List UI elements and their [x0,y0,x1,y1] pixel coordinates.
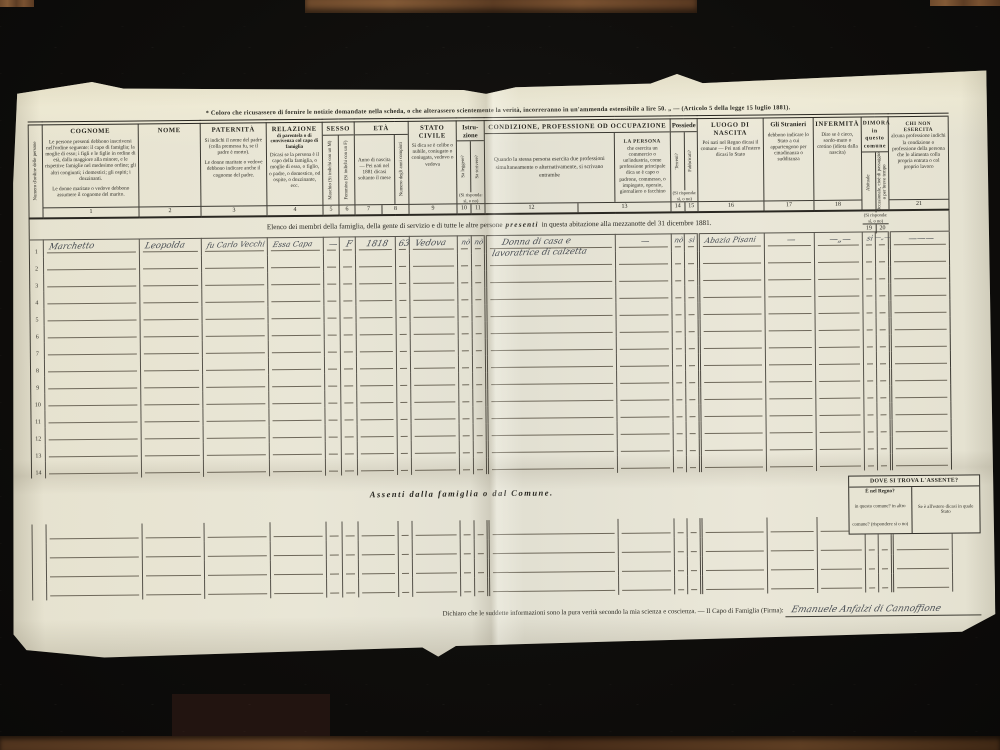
cell-paternita: fu Carlo Vecchi [201,238,267,256]
photo-scene: * Coloro che ricusassero di fornire le n… [0,0,1000,750]
row-number [32,524,46,543]
cell-relazione: Essa Capa [267,237,323,255]
row-number: 14 [31,461,45,478]
header-chi-non-esercita: CHI NON ESERCITAalcuna professione indic… [888,115,949,211]
row-number: 9 [31,376,45,393]
row-number: 7 [30,342,44,359]
header-relazione: RELAZIONE di parentela o di convivenza c… [266,121,323,217]
cell-anni-compiuti: 63 [395,236,409,254]
row-number: 5 [30,308,44,325]
cell-la-persona: — [615,234,671,252]
wood-shelf-top [305,0,697,13]
cell-anno-nascita: 1818 [355,237,395,255]
row-number: 2 [29,257,43,274]
header-nome: NOME 2 [138,122,201,218]
row-number: 6 [30,325,44,342]
cell-fabbricati: sì [684,234,698,252]
header-luogo-nascita: LUOGO DI NASCITA Pei nati nel Regno dica… [697,116,764,212]
row-number: 10 [31,393,45,410]
cell-chi-non: ——— [889,231,949,249]
header-numero: Numero d'ordine delle persone [28,123,43,218]
dove-si-trova-box: DOVE SI TROVA L'ASSENTE? È nel Regno?in … [848,474,981,534]
header-eta: ETÀ Anno di nascita — Pei nati nel 1881 … [354,120,409,216]
row-number: 12 [31,427,45,444]
cell-infermita: —„— [814,232,862,250]
row-number: 11 [31,410,45,427]
cell-dimora-occasionale: —„— [875,232,889,250]
row-number [32,562,46,581]
assenti-table [32,516,954,601]
assenti-rows [32,516,953,601]
census-empty-rows: 2 3 4 5 [29,249,951,479]
census-table: Numero d'ordine delle persone COGNOME Le… [28,113,952,479]
cell-stranieri: — [764,232,814,250]
wood-corner-left [0,0,34,7]
cell-sesso-m: — [323,237,339,255]
cell-cognome: Marchetto [43,239,139,257]
census-header: Numero d'ordine delle persone COGNOME Le… [28,115,949,219]
cell-luogo-nascita: Abazia Pisani [698,233,764,251]
header-infermita: INFERMITÀ Dire se è cieco, sordo-muto o … [813,116,862,211]
row-number: 13 [31,444,45,461]
header-condizione: CONDIZIONE, PROFESSIONE OD OCCUPAZIONE Q… [484,117,671,214]
wood-corner-right [930,0,1000,6]
census-sheet: * Coloro che ricusassero di fornire le n… [5,69,996,660]
cell-terreni: nò [671,234,684,252]
declaration-line: Dichiaro che le suddette informazioni so… [10,603,981,624]
row-number [33,581,47,600]
header-stato-civile: STATO CIVILE Si dica se è celibe o nubil… [408,119,457,214]
row-number: 8 [30,359,44,376]
header-sesso: SESSO Maschio (Si indichi con un M) Femm… [322,120,355,215]
header-possiede: Possiede Terreni? Fabbricati? (Si rispon… [670,117,698,212]
header-stranieri: Gli Stranieri debbono indicare lo Stato … [763,116,814,211]
row-number [32,543,46,562]
signature: Emanuele Anfalzi di Cannoffione [784,603,983,615]
row-number: 3 [30,274,44,291]
wood-floor [0,736,1000,750]
header-istruzione: Istru-zione Sa leggere? Sa scrivere? (Si… [456,119,485,214]
header-paternita: PATERNITÀ Si indichi il nome del padre (… [200,121,267,217]
row-number: 4 [30,291,44,308]
cell-sa-scrivere: nò [471,236,485,254]
assenti-title: Assenti dalla famiglia o dal Comune. [9,484,914,503]
cell-nome: Leopolda [139,238,201,256]
header-cognome: COGNOME Le persone presenti debbono insc… [42,122,139,218]
header-dimora: DIMORA in questo comune Abituale Occasio… [861,115,889,210]
row-number: 1 [29,240,43,258]
cell-sa-leggere: nò [457,236,471,254]
cell-condizione: Donna di casa elavoratrice di calzetta [485,234,615,253]
cell-sesso-f: F [339,237,355,255]
cell-stato-civile: Vedova [409,236,457,254]
